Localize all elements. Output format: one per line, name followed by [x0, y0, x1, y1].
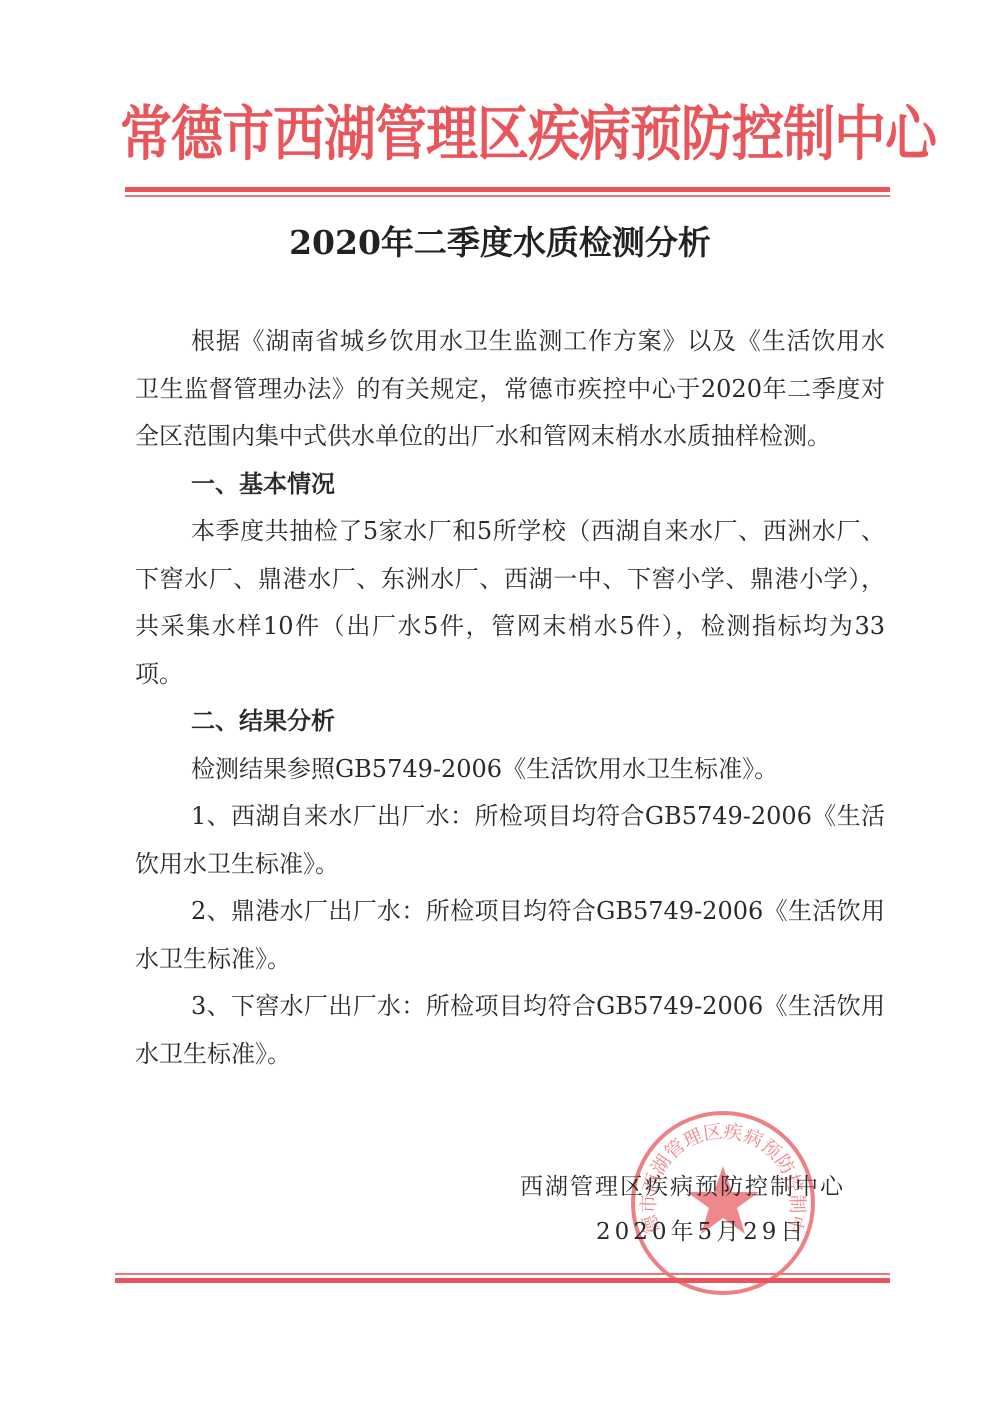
- document-body: 根据《湖南省城乡饮用水卫生监测工作方案》以及《生活饮用水卫生监督管理办法》的有关…: [135, 318, 885, 1078]
- section-heading-results: 二、结果分析: [135, 698, 885, 746]
- result-item: 1、西湖自来水厂出厂水：所检项目均符合GB5749-2006《生活饮用水卫生标准…: [135, 793, 885, 888]
- letterhead-org-name: 常德市西湖管理区疾病预防控制中心: [120, 95, 890, 176]
- signature-org: 西湖管理区疾病预防控制中心: [520, 1165, 860, 1210]
- footer-rule-thick: [115, 1278, 890, 1283]
- header-rule-thick: [125, 187, 890, 192]
- results-reference: 检测结果参照GB5749-2006《生活饮用水卫生标准》。: [135, 746, 885, 794]
- document-title: 2020年二季度水质检测分析: [0, 218, 1000, 268]
- result-item: 3、下窖水厂出厂水：所检项目均符合GB5749-2006《生活饮用水卫生标准》。: [135, 983, 885, 1078]
- intro-paragraph: 根据《湖南省城乡饮用水卫生监测工作方案》以及《生活饮用水卫生监督管理办法》的有关…: [135, 318, 885, 461]
- signature-block: 西湖管理区疾病预防控制中心 2020年5月29日: [520, 1165, 860, 1255]
- result-item: 2、鼎港水厂出厂水：所检项目均符合GB5749-2006《生活饮用水卫生标准》。: [135, 888, 885, 983]
- section-heading-basic: 一、基本情况: [135, 461, 885, 509]
- section-basic-text: 本季度共抽检了5家水厂和5所学校（西湖自来水厂、西洲水厂、下窖水厂、鼎港水厂、东…: [135, 508, 885, 698]
- footer-rule-thin: [115, 1273, 890, 1275]
- header-rule-thin: [125, 195, 890, 197]
- signature-date: 2020年5月29日: [520, 1210, 860, 1255]
